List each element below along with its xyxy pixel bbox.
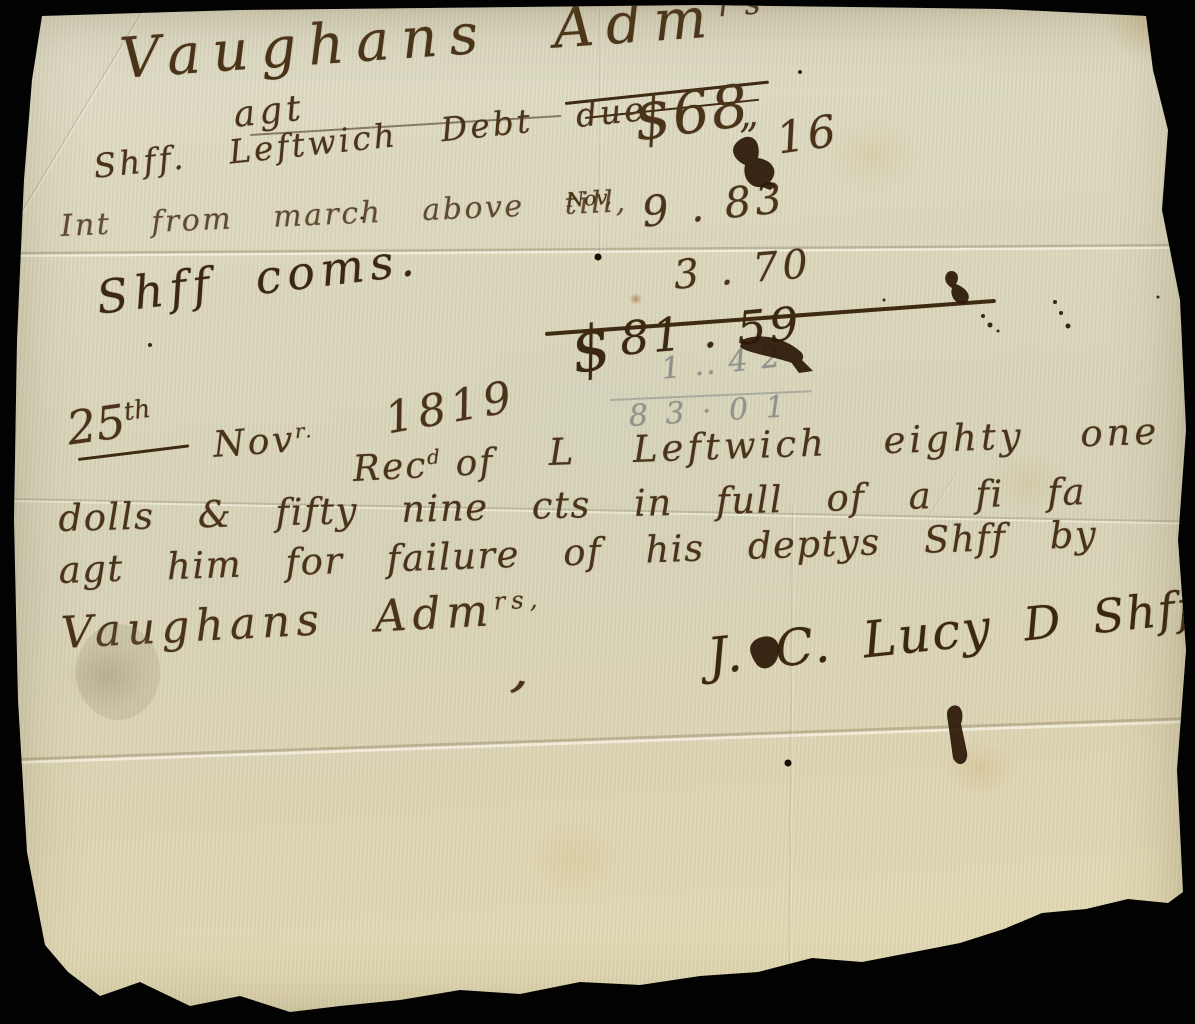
document-paper: Vaughans Admrs „ agt Shff. Leftwich Debt… [0, 0, 1195, 1024]
paper-edge-shading [0, 0, 1195, 1024]
scanner-background: Vaughans Admrs „ agt Shff. Leftwich Debt… [0, 0, 1195, 1024]
